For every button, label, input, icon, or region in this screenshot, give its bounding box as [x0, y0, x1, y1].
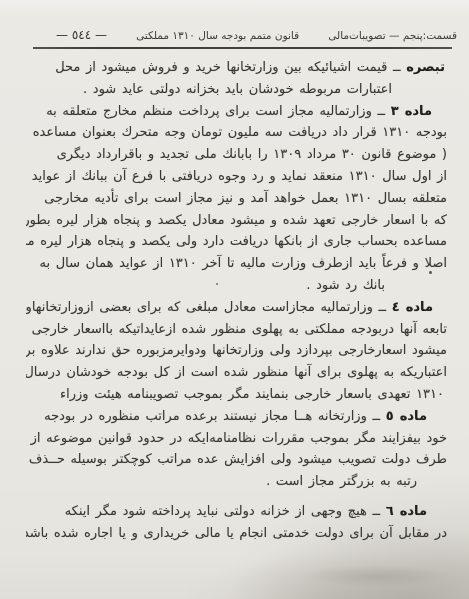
line-text: میشود اسعارخارجی بپردازد ولی وزارتخانها … [26, 343, 447, 358]
text-line: اعتباریکه به پهلوی برای آنها منظور شده ا… [26, 362, 447, 384]
line-text: ١٣١٠ تعهدی باسعار خارجی بنمایند مگر بموج… [60, 387, 444, 402]
text-line: ( موضوع قانون ٣٠ مرداد ١٣٠٩ را بابانك مل… [26, 144, 447, 166]
line-text: اعتباریکه به پهلوی برای آنها منظور شده ا… [26, 365, 447, 380]
line-text: در مقابل آن برای دولت خدمتی انجام یا مال… [26, 526, 447, 541]
text-line: تبصره ــ قیمت اشیائیکه بین وزارتخانها خر… [26, 57, 447, 79]
text-line: اصلا و فرعاً باید ازطرف وزارت مالیه تا آ… [26, 253, 447, 275]
line-text: ــ قیمت اشیائیکه بین وزارتخانها خرید و ف… [55, 60, 400, 75]
section-label: قسمت:پنجم — تصویبات‌مالی [328, 30, 457, 42]
article-label: ماده ٣ [391, 104, 432, 119]
line-text: بودجه ١٣١٠ قرار داد دریافت سه ملیون توما… [33, 125, 447, 140]
text-line: تابعه آنها دربودجه مملکتی به پهلوی منظور… [26, 319, 447, 341]
article-label: ماده ٦ [386, 504, 427, 519]
scan-speck [36, 462, 38, 464]
scan-smudge [300, 565, 450, 587]
text-line: ماده ٦ ــ هیچ وجهی از خزانه دولتی نباید … [26, 501, 447, 523]
scan-speck [216, 283, 218, 285]
text-line: طرف دولت تصویب میشود ولی افزایش عده مرات… [26, 449, 447, 471]
text-line: بانك رد شود . [26, 275, 447, 297]
text-line: خود بیفزایند مگر بموجب مقررات نظامنامه‌ا… [26, 428, 447, 450]
scanned-page: قسمت:پنجم — تصویبات‌مالی قانون متمم بودج… [0, 0, 469, 599]
text-line: ماده ٥ ــ وزارتخانه هــا مجاز نیستند برع… [26, 406, 447, 428]
line-text: طرف دولت تصویب میشود ولی افزایش عده مرات… [29, 452, 447, 467]
article-label: ماده ٤ [392, 300, 433, 315]
line-text: بانك رد شود . [306, 278, 385, 293]
page-number: — ٥٤٤ — [56, 28, 107, 42]
text-line: میشود اسعارخارجی بپردازد ولی وزارتخانها … [26, 340, 447, 362]
text-line: از اول سال ١٣١٠ منعقد نماید و رد وجوه در… [26, 166, 447, 188]
text-line: مساعده بحساب جاری از بانکها دریافت دارد … [26, 231, 447, 253]
body-text: تبصره ــ قیمت اشیائیکه بین وزارتخانها خر… [26, 57, 447, 545]
line-text: ( موضوع قانون ٣٠ مرداد ١٣٠٩ را بابانك مل… [57, 147, 447, 162]
line-text: اصلا و فرعاً باید ازطرف وزارت مالیه تا آ… [39, 256, 447, 271]
line-text: ــ وزارتمالیه مجاز است برای پرداخت منظم … [46, 104, 385, 119]
line-text: از اول سال ١٣١٠ منعقد نماید و رد وجوه در… [32, 169, 447, 184]
scan-speck [429, 271, 432, 274]
text-line: اعتبارات مربوطه خودشان باید بخزانه دولتی… [26, 79, 447, 101]
line-text: اعتبارات مربوطه خودشان باید بخزانه دولتی… [83, 82, 392, 97]
line-text: رتبه به بزرگتر مجاز است . [266, 474, 417, 489]
text-line: ماده ٣ ــ وزارتمالیه مجاز است برای پرداخ… [26, 101, 447, 123]
line-text: خود بیفزایند مگر بموجب مقررات نظامنامه‌ا… [31, 431, 447, 446]
text-line: بودجه ١٣١٠ قرار داد دریافت سه ملیون توما… [26, 122, 447, 144]
line-text: تابعه آنها دربودجه مملکتی به پهلوی منظور… [26, 322, 447, 337]
text-line: ١٣١٠ تعهدی باسعار خارجی بنمایند مگر بموج… [26, 384, 447, 406]
line-text: ــ وزارتخانه هــا مجاز نیستند برعده مرات… [44, 409, 380, 424]
line-text: ــ وزارتمالیه مجازاست معادل مبلغی که برا… [26, 300, 386, 315]
text-line: رتبه به بزرگتر مجاز است . [26, 471, 447, 493]
text-line: که با اسعار خارجی تعهد شده و میشود معادل… [26, 210, 447, 232]
line-text: متعلقه بسال ١٣١٠ بعمل خواهد آمد و نیز مج… [44, 191, 447, 206]
page-header: قسمت:پنجم — تصویبات‌مالی قانون متمم بودج… [30, 28, 457, 42]
line-text: ــ هیچ وجهی از خزانه دولتی نباید پرداخته… [65, 504, 380, 519]
article-label: ماده ٥ [386, 409, 427, 424]
law-title: قانون متمم بودجه سال ١٣١٠ مملکتی [136, 30, 299, 42]
text-line: ماده ٤ ــ وزارتمالیه مجازاست معادل مبلغی… [26, 297, 447, 319]
line-text: که با اسعار خارجی تعهد شده و میشود معادل… [26, 213, 447, 228]
article-label: تبصره [406, 60, 445, 75]
line-text: مساعده بحساب جاری از بانکها دریافت دارد … [26, 234, 447, 249]
text-line: در مقابل آن برای دولت خدمتی انجام یا مال… [26, 523, 447, 545]
text-line: متعلقه بسال ١٣١٠ بعمل خواهد آمد و نیز مج… [26, 188, 447, 210]
header-rule [33, 47, 452, 49]
